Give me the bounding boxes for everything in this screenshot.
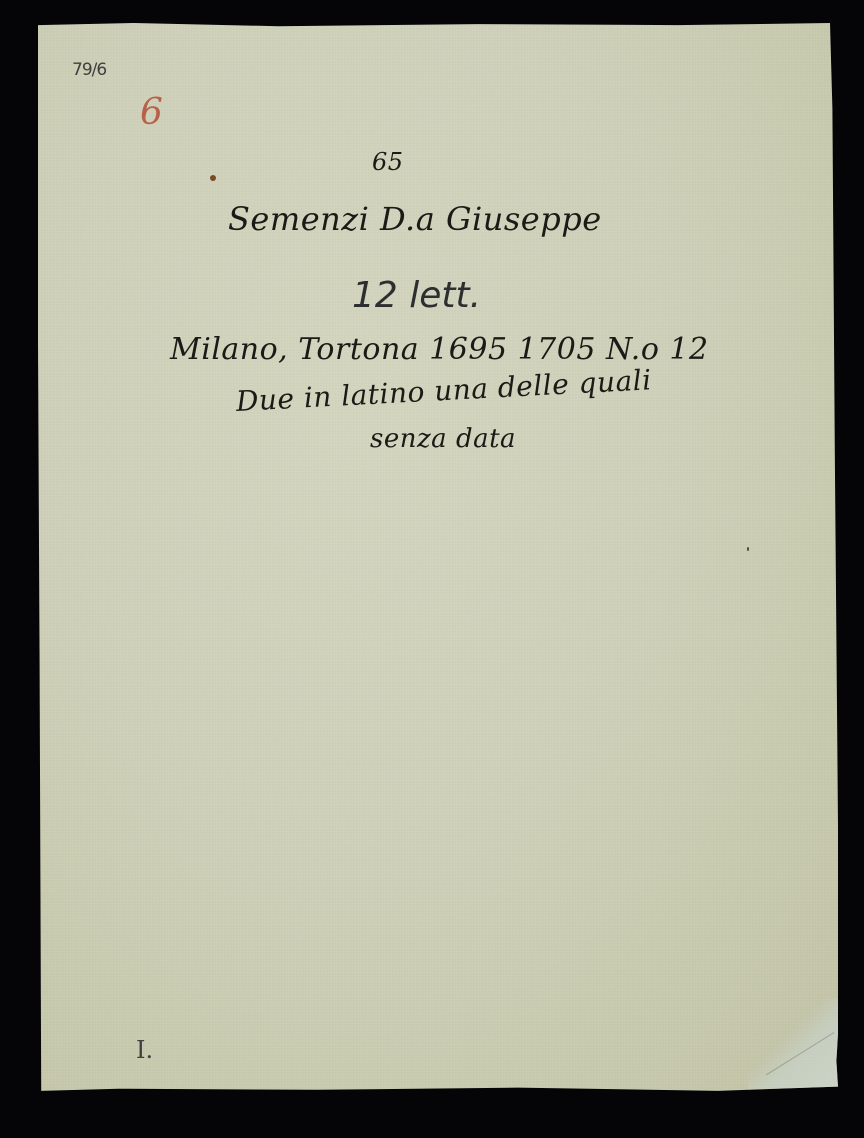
bottom-mark: I. bbox=[136, 1036, 153, 1064]
corner-stain bbox=[748, 998, 838, 1093]
item-number: 65 bbox=[372, 148, 404, 176]
document-sheet bbox=[38, 23, 838, 1093]
places-and-dates: Milano, Tortona 1695 1705 N.o 12 bbox=[170, 332, 709, 367]
note-line-2: senza data bbox=[370, 424, 516, 454]
red-number: 6 bbox=[140, 92, 163, 133]
letters-count: 12 lett. bbox=[352, 275, 481, 316]
dust-speck bbox=[747, 547, 749, 551]
ink-spot bbox=[210, 175, 216, 181]
correspondent-name: Semenzi D.a Giuseppe bbox=[228, 200, 602, 238]
shelf-mark: 79/6 bbox=[72, 60, 106, 80]
